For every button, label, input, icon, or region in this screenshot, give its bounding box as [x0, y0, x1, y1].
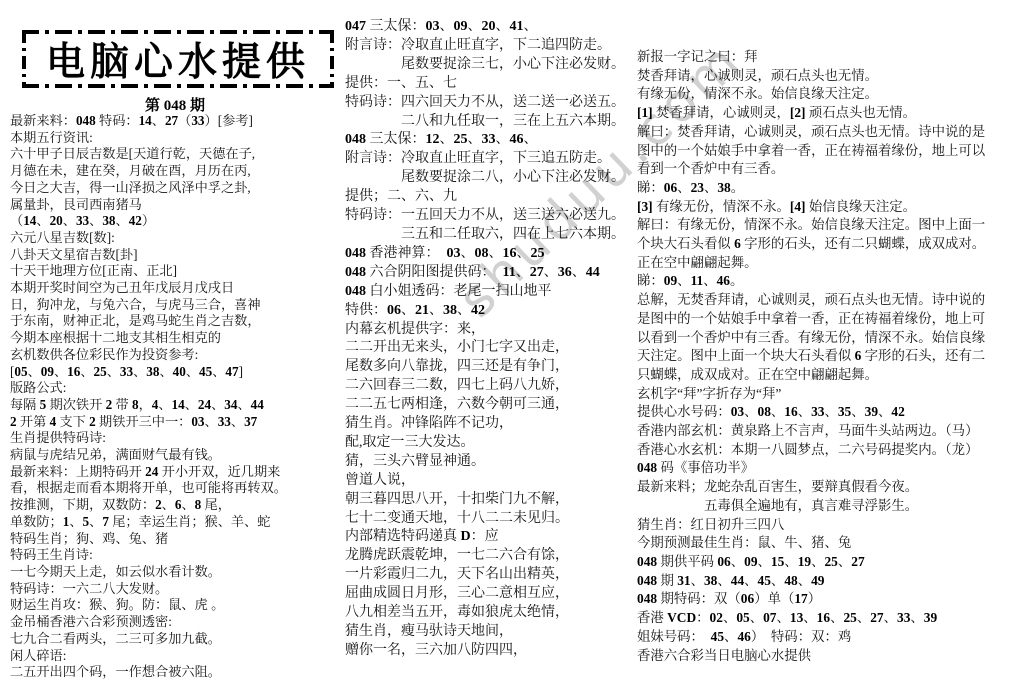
text-line: 今日之大吉，得一山泽损之风泽中孚之卦,: [10, 180, 342, 197]
text-line: 今期预测最佳生肖：鼠、牛、猪、兔: [637, 534, 1021, 553]
text-line: 提供；二、六、九: [345, 188, 637, 207]
text-line: 版路公式:: [10, 380, 342, 397]
text-line: 十天干地理方位[正南、正北]: [10, 263, 342, 280]
text-line: 病鼠与虎结兄弟，满面财气最有钱。: [10, 447, 342, 464]
text-line: 姐妹号码： 45、46） 特码：双：鸡: [637, 628, 1021, 647]
text-line: 玄机字“拜”字折存为“拜”: [637, 385, 1021, 404]
text-line: 有缘无份，情深不永。始信良缘天注定。: [637, 85, 1021, 104]
text-line: 尾数多向八靠拢，四三还是有争门，: [345, 358, 637, 377]
text-line: 单数防；1、5、7 尾；幸运生肖；猴、羊、蛇: [10, 514, 342, 531]
text-line: 一片彩霞归二九，天下名山出精英，: [345, 566, 637, 585]
text-line: （14、20、33、38、42）: [10, 213, 342, 230]
text-line: 猜生肖。冲锋陷阵不记功，: [345, 415, 637, 434]
text-line: 一七今期天上走，如云似水看计数。: [10, 564, 342, 581]
text-line: 048 期特码：双（06）单（17）: [637, 590, 1021, 609]
text-line: 最新来料；龙蛇杂乱百害生，要辩真假看今夜。: [637, 478, 1021, 497]
right-column: 新报一字记之曰：拜焚香拜请，心诚则灵，顽石点头也无情。有缘无份，情深不永。始信良…: [637, 48, 1021, 665]
text-line: 曾道人说，: [345, 472, 637, 491]
text-line: 睇：06、23、38。: [637, 179, 1021, 198]
text-line: 三五和二任取六，四在上七六本期。: [345, 226, 637, 245]
text-line: 048 三太保：12、25、33、46、: [345, 131, 637, 150]
text-line: 于东南，财神正北，是鸡马蛇生肖之吉数，: [10, 313, 342, 330]
text-line: 二二开出无来头，小门七字又出走，: [345, 339, 637, 358]
text-line: 图中的一个姑娘手中拿着一香，正在祷福着缘份，地上可以: [637, 142, 1021, 161]
text-line: 香港 VCD：02、05、07、13、16、25、27、33、39: [637, 609, 1021, 628]
text-line: 个块大石头看似 6 字形的石头，还有二只蝴蝶，成双成对。: [637, 235, 1021, 254]
text-line: 今期本座根据十二地支其相生相克的: [10, 330, 342, 347]
text-line: 特码生肖；狗、鸡、兔、猪: [10, 531, 342, 548]
text-line: [3] 有缘无份，情深不永。[4] 始信良缘天注定。: [637, 198, 1021, 217]
text-line: 特供：06、21、38、42: [345, 302, 637, 321]
text-line: 八卦天文星宿吉数[卦]: [10, 247, 342, 264]
text-line: 048 期 31、38、44、45、48、49: [637, 572, 1021, 591]
text-line: 提供心水号码：03、08、16、33、35、39、42: [637, 403, 1021, 422]
text-line: 龙腾虎跃震乾坤，一七二六合有馀，: [345, 547, 637, 566]
text-line: 猜生肖：红日初升三四八: [637, 516, 1021, 535]
text-line: 048 白小姐透码：老尾一扫山地平: [345, 283, 637, 302]
text-line: 附言诗：冷取直止旺直字，下二追四防走。: [345, 37, 637, 56]
masthead-border-left: [22, 30, 26, 88]
text-line: 本期五行资讯:: [10, 130, 342, 147]
text-line: 内幕玄机提供字：来，: [345, 321, 637, 340]
text-line: 二五开出四个码，一作想合被六阻。: [10, 664, 342, 681]
text-line: 七十二变通天地，十八二二未见归。: [345, 510, 637, 529]
middle-column: 047 三太保：03、09、20、41、附言诗：冷取直止旺直字，下二追四防走。 …: [345, 18, 637, 661]
text-line: 玄机数供各位彩民作为投资参考:: [10, 347, 342, 364]
text-line: 属量卦，艮司西南猪马: [10, 197, 342, 214]
text-line: 特码诗：四六回天力不从，送二送一必送五。: [345, 94, 637, 113]
masthead-border-top: [22, 30, 334, 34]
text-line: 内部精选特码递真 D：应: [345, 528, 637, 547]
text-line: 六十甲子日辰吉数是[天道行乾，天德在子,: [10, 146, 342, 163]
issue-number: 第 048 期: [10, 94, 340, 115]
text-line: 八九相差当五开，毒如狼虎太绝情，: [345, 604, 637, 623]
text-line: 048 期供平码 06、09、15、19、25、27: [637, 553, 1021, 572]
text-line: 只蝴蝶，成双成对。正在空中翩翩起舞。: [637, 366, 1021, 385]
text-line: 新报一字记之曰：拜: [637, 48, 1021, 67]
text-line: 猜生肖，瘦马驮诗天地间，: [345, 623, 637, 642]
text-line: 赠你一名，三六加八防四四，: [345, 642, 637, 661]
page-title: 电脑心水提供: [46, 31, 310, 87]
text-line: 048 码《事倍功半》: [637, 459, 1021, 478]
text-line: 是图中的一个姑娘手中拿着一香，正在祷福着缘份，地上可: [637, 310, 1021, 329]
text-line: 闲人碎语:: [10, 648, 342, 665]
text-line: 048 香港神算： 03、08、16、25: [345, 245, 637, 264]
text-line: 按推测，下期，双数防：2、6、8 尾，: [10, 497, 342, 514]
text-line: 月德在未，建在癸，月破在酉，月历在丙,: [10, 163, 342, 180]
text-line: 解曰：焚香拜请，心诚则灵，顽石点头也无情。诗中说的是: [637, 123, 1021, 142]
text-line: 天注定。图中上面一个块大石头看似 6 字形的石头，还有二: [637, 347, 1021, 366]
text-line: 本期开奖时间空为己丑年戊辰月戊戌日: [10, 280, 342, 297]
text-line: [05、09、16、25、33、38、40、45、47]: [10, 364, 342, 381]
text-line: 朝三暮四思八开，十扣柴门九不解，: [345, 491, 637, 510]
text-line: 最新来料：048 特码：14、27（33）[参考]: [10, 113, 342, 130]
text-line: 特码诗：一五回天力不从，送三送六必送九。: [345, 207, 637, 226]
text-line: 2 开第 4 支下 2 期铁开三中一：03、33、37: [10, 414, 342, 431]
text-line: 正在空中翩翩起舞。: [637, 254, 1021, 273]
text-line: 尾数要捉涂三七，小心下注必发财。: [345, 56, 637, 75]
masthead-border-right: [330, 30, 334, 88]
text-line: 七九合二看两头，二三可多加九截。: [10, 631, 342, 648]
text-line: 附言诗：冷取直止旺直字，下三追五防走。: [345, 150, 637, 169]
text-line: 五毒俱全遍地有，真言难寻浮影生。: [637, 497, 1021, 516]
text-line: 日，狗冲龙，与兔六合，与虎马三合，喜神: [10, 297, 342, 314]
text-line: 猜，三头六臂显神通。: [345, 453, 637, 472]
text-line: 以看到一个香炉中有三香。有缘无份，情深不永。始信良缘: [637, 329, 1021, 348]
masthead-border-bottom: [22, 84, 334, 88]
text-line: [1] 焚香拜请，心诚则灵，[2] 顽石点头也无情。: [637, 104, 1021, 123]
text-line: 屈曲成圆日月形，三心二意相互应，: [345, 585, 637, 604]
text-line: 焚香拜请，心诚则灵，顽石点头也无情。: [637, 67, 1021, 86]
text-line: 二六回春三二数，四七上码八九娇，: [345, 377, 637, 396]
text-line: 金吊桶香港六合彩预测透密:: [10, 614, 342, 631]
text-line: 尾数要捉涂二八，小心下注必发财。: [345, 169, 637, 188]
left-column: 最新来料：048 特码：14、27（33）[参考]本期五行资讯:六十甲子日辰吉数…: [10, 113, 342, 681]
text-line: 六元八星吉数[数]:: [10, 230, 342, 247]
text-line: 二八和九任取一，三在上五六本期。: [345, 113, 637, 132]
text-line: 二二五七两相逢，六数今朝可三通，: [345, 396, 637, 415]
text-line: 香港六合彩当日电脑心水提供: [637, 647, 1021, 666]
text-line: 特码诗：一六二八大发财。: [10, 581, 342, 598]
text-line: 香港内部玄机：黄泉路上不言声，马面牛头站两边。（马）: [637, 422, 1021, 441]
text-line: 特码王生肖诗:: [10, 547, 342, 564]
text-line: 看到一个香炉中有三香。: [637, 160, 1021, 179]
text-line: 最新来料：上期特码开 24 开小开双，近几期来: [10, 464, 342, 481]
text-line: 048 六合阴阳图提供码： 11、27、36、44: [345, 264, 637, 283]
text-line: 每隔 5 期次铁开 2 带 8，4、14、24、34、44: [10, 397, 342, 414]
text-line: 配,取定一三大发达。: [345, 434, 637, 453]
text-line: 财运生肖攻：猴、狗。防：鼠、虎 。: [10, 597, 342, 614]
text-line: 香港心水玄机：本期一八圆梦点，二六号码提奖内。（龙）: [637, 441, 1021, 460]
text-line: 总解，无焚香拜请，心诚则灵，顽石点头也无情。诗中说的: [637, 291, 1021, 310]
text-line: 解曰：有缘无份，情深不永。始信良缘天注定。图中上面一: [637, 216, 1021, 235]
text-line: 看，根据走而看本期将开单，也可能将再转双。: [10, 480, 342, 497]
text-line: 提供：一、五、七: [345, 75, 637, 94]
text-line: 睇：09、11、46。: [637, 272, 1021, 291]
text-line: 047 三太保：03、09、20、41、: [345, 18, 637, 37]
masthead: 电脑心水提供: [22, 30, 334, 88]
text-line: 生肖提供特码诗:: [10, 430, 342, 447]
page: shuduu.com 电脑心水提供 第 048 期 最新来料：048 特码：14…: [0, 0, 1024, 694]
